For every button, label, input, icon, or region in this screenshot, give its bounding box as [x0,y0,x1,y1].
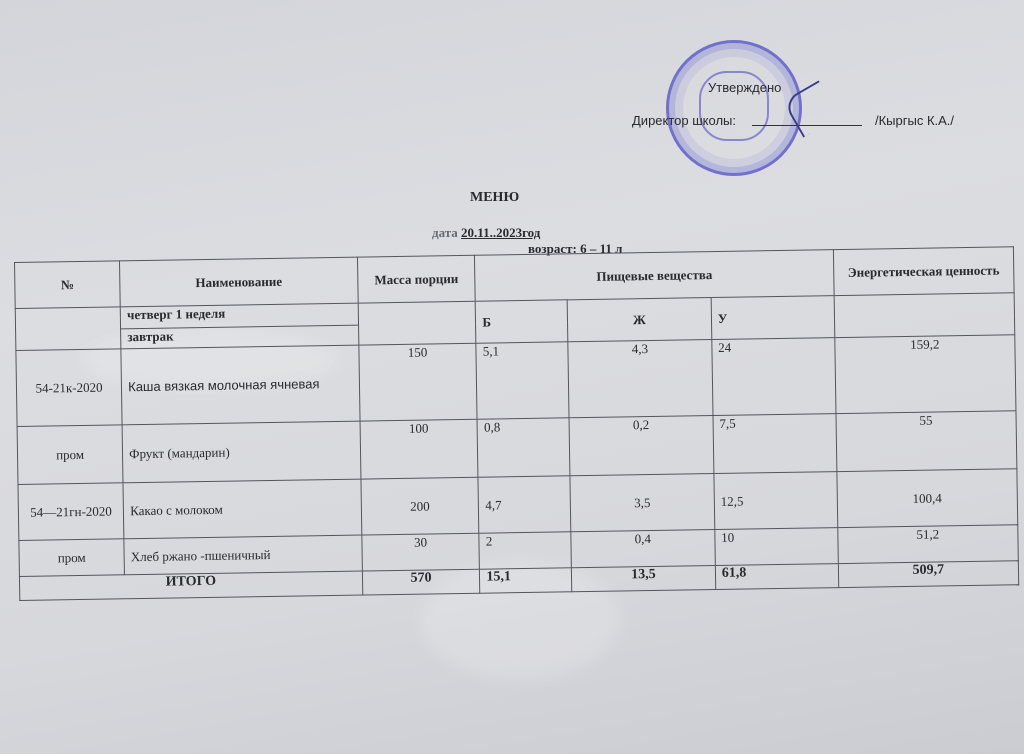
dish-name: Какао с молоком [123,479,361,539]
dish-name: Каша вязкая молочная ячневая [121,345,360,425]
recipe-no: 54-21к-2020 [16,349,122,427]
total-energy: 509,7 [838,561,1019,588]
mass: 100 [360,419,479,479]
director-name: /Кыргыс К.А./ [875,113,954,128]
total-fat: 13,5 [571,566,715,592]
header-energy: Энергетическая ценность [833,247,1014,296]
official-stamp [666,40,802,176]
protein: 4,7 [478,476,571,533]
fat: 4,3 [568,340,713,418]
date-line: дата 20.11..2023год [432,225,540,241]
header-u: У [711,296,835,340]
protein: 5,1 [476,342,569,419]
document-photo: Утверждено Директор школы: /Кыргыс К.А./… [0,0,1024,754]
menu-table: № Наименование Масса порции Пищевые веще… [14,246,1019,601]
header-nutrients: Пищевые вещества [475,250,834,302]
date-value: 20.11..2023год [461,225,540,240]
date-label: дата [432,225,458,240]
total-label: ИТОГО [19,571,362,600]
header-mass: Масса порции [357,255,475,303]
director-label: Директор школы: [632,113,736,128]
energy: 159,2 [835,335,1016,414]
dish-name: Хлеб ржано -пшеничный [124,535,362,575]
mass: 150 [359,343,478,421]
energy: 55 [836,411,1017,472]
energy: 51,2 [837,525,1018,564]
mass: 200 [361,477,480,535]
page-title: МЕНЮ [470,190,519,206]
carbs: 7,5 [713,414,837,474]
mass: 30 [362,533,480,571]
total-mass: 570 [362,569,480,595]
fat: 0,2 [569,416,714,476]
total-carbs: 61,8 [715,564,838,590]
header-no: № [15,261,121,309]
approved-label: Утверждено [708,80,781,95]
recipe-no: пром [19,539,125,577]
protein: 0,8 [477,418,570,477]
header-j: Ж [567,298,711,342]
total-protein: 15,1 [480,568,572,593]
header-name: Наименование [120,257,358,307]
fat: 3,5 [570,474,715,532]
protein: 2 [479,532,571,569]
carbs: 10 [715,528,838,566]
carbs: 24 [712,338,836,416]
recipe-no: 54—21гн-2020 [18,483,124,541]
fat: 0,4 [571,530,715,568]
carbs: 12,5 [714,472,838,530]
energy: 100,4 [837,469,1018,528]
recipe-no: пром [17,425,123,485]
header-b: Б [476,300,568,343]
dish-name: Фрукт (мандарин) [122,421,360,483]
